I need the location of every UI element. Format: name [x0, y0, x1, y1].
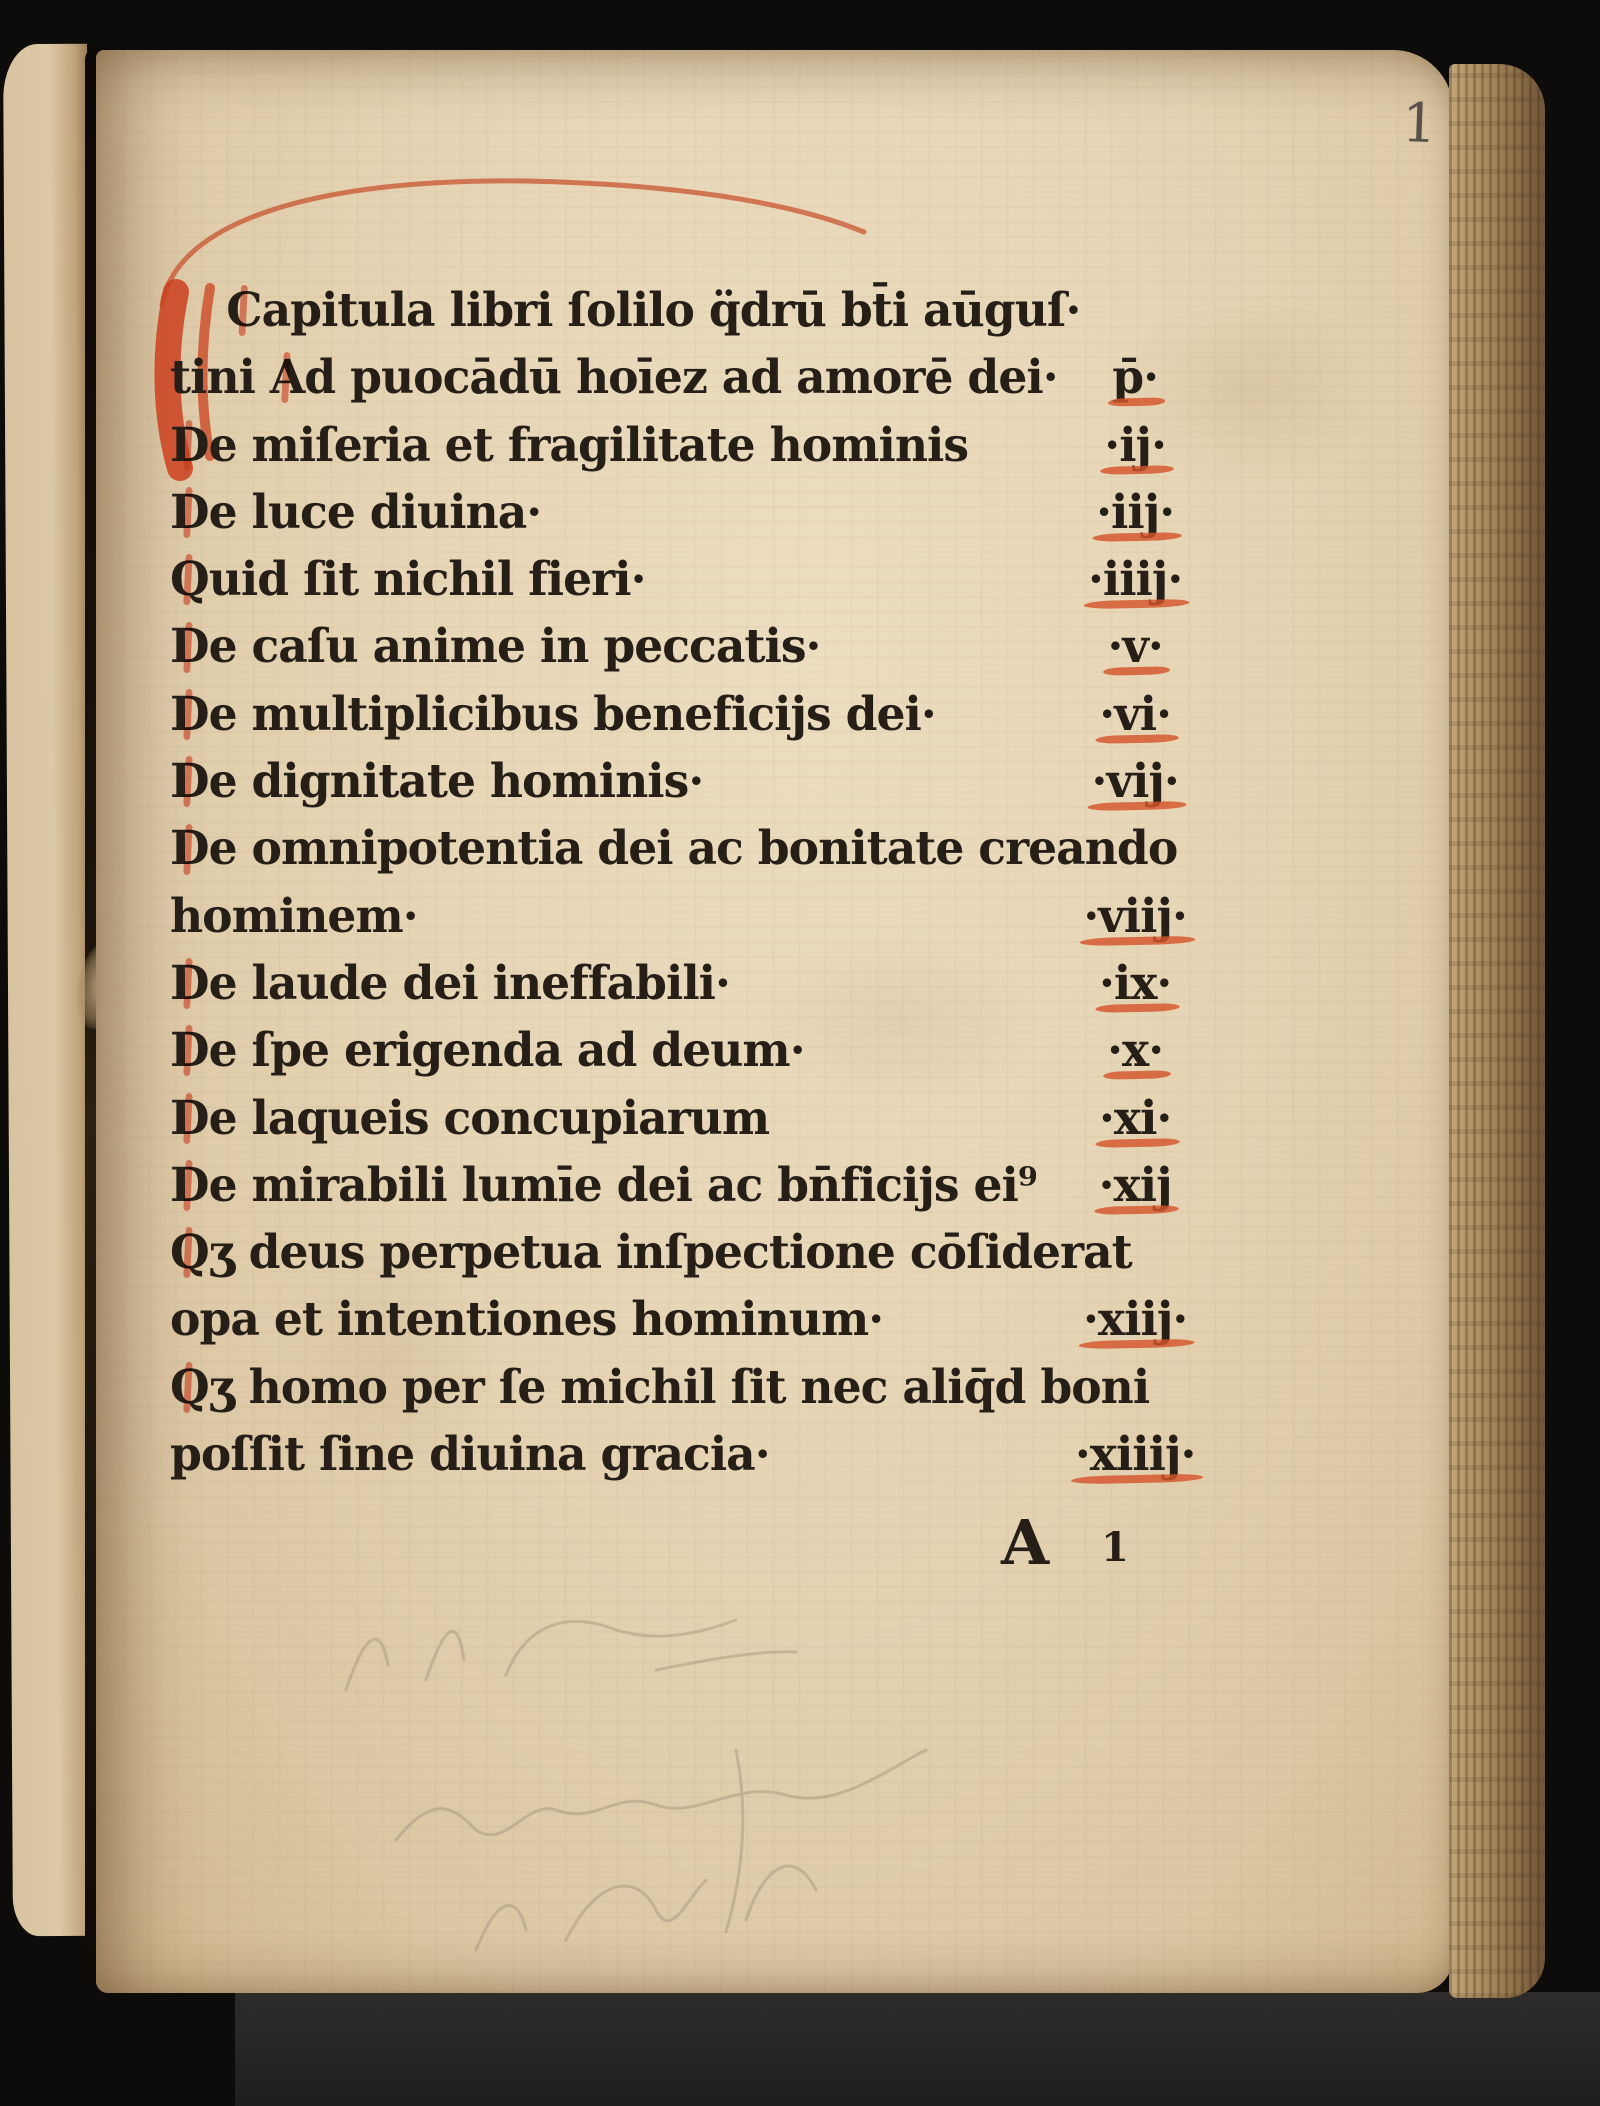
- toc-line: Qʒ homo per ſe michil ſit nec aliq̄d bon…: [170, 1360, 1373, 1427]
- chapter-title: Quid ſit nichil fieri·: [170, 552, 645, 607]
- fore-edge-pages: [1449, 64, 1545, 1998]
- chapter-number-column: ·vi·: [970, 687, 1300, 742]
- rubricated-initial: C: [226, 283, 261, 338]
- chapter-title: De laqueis concupiarum: [170, 1091, 769, 1146]
- toc-line: De ſpe erigenda ad deum· ·x·: [170, 1023, 1373, 1090]
- toc-line: De dignitate hominis· ·vij·: [170, 754, 1373, 821]
- rubricated-initial: D: [170, 1023, 209, 1078]
- chapter-title: De luce diuina·: [170, 485, 541, 540]
- toc-line: De miſeria et fragilitate hominis ·ij·: [170, 418, 1373, 485]
- toc-line: Quid ſit nichil fieri· ·iiij·: [170, 552, 1373, 619]
- rubricated-initial: Q: [170, 1360, 209, 1415]
- toc-line: Qʒ deus perpetua inſpectione cōſiderat: [170, 1225, 1373, 1292]
- chapter-title: De multiplicibus beneficijs dei·: [170, 687, 936, 742]
- chapter-number: ·vi·: [1099, 687, 1171, 742]
- chapter-number-column: [970, 821, 1300, 876]
- rubricated-initial: D: [170, 418, 209, 473]
- toc-line: De laqueis concupiarum ·xi·: [170, 1091, 1373, 1158]
- chapter-number-column: ·xi·: [970, 1091, 1300, 1146]
- chapter-title: De ſpe erigenda ad deum·: [170, 1023, 805, 1078]
- chapter-number-column: ·iij·: [970, 485, 1300, 540]
- rubricated-initial: D: [170, 1158, 209, 1213]
- chapter-title: Capitula libri ſolilo q̈drū bt̄i aūguſ·: [226, 283, 1080, 338]
- toc-line: hominem· ·viij·: [170, 889, 1373, 956]
- rubricated-initial: D: [170, 687, 209, 742]
- chapter-number: ·vij·: [1092, 754, 1179, 809]
- toc-line: De omnipotentia dei ac bonitate creando: [170, 821, 1373, 888]
- toc-line: De luce diuina· ·iij·: [170, 485, 1373, 552]
- rubricated-initial: D: [170, 754, 209, 809]
- chapter-title: hominem·: [170, 889, 418, 944]
- chapter-number: ·iiij·: [1088, 552, 1182, 607]
- toc-line: tini Ad puocādū hoīez ad amorē dei· p̄·: [170, 350, 1373, 417]
- chapter-title: opa et intentiones hominum·: [170, 1292, 883, 1347]
- chapter-number: ·ix·: [1099, 956, 1171, 1011]
- chapter-number: ·v·: [1107, 619, 1162, 674]
- rubricated-initial: D: [170, 821, 209, 876]
- chapter-number-column: ·viij·: [970, 889, 1300, 944]
- chapter-title: De miſeria et fragilitate hominis: [170, 418, 968, 473]
- rubricated-initial: A: [270, 350, 304, 405]
- toc-list: Capitula libri ſolilo q̈drū bt̄i aūguſ· …: [170, 283, 1373, 1494]
- rubricated-initial: D: [170, 619, 209, 674]
- chapter-number: ·xi·: [1099, 1091, 1171, 1146]
- chapter-number-column: [970, 1225, 1300, 1280]
- toc-line: De laude dei ineffabili· ·ix·: [170, 956, 1373, 1023]
- chapter-title: De mirabili lumīe dei ac bn̄ficijs ei⁹: [170, 1158, 1037, 1213]
- rubricated-initial: Q: [170, 1225, 209, 1280]
- chapter-number-column: ·ij·: [970, 418, 1300, 473]
- chapter-number-column: p̄·: [970, 350, 1300, 405]
- chapter-number-column: [970, 283, 1300, 338]
- chapter-number: p̄·: [1112, 350, 1158, 405]
- chapter-number-column: ·iiij·: [970, 552, 1300, 607]
- toc-line: poſſit ſine diuina gracia· ·xiiij·: [170, 1427, 1373, 1494]
- book-page: 1 Capitula libri ſolilo q̈drū bt̄i aūguſ…: [96, 50, 1453, 1993]
- rubricated-initial: D: [170, 485, 209, 540]
- chapter-number: ·xij: [1099, 1158, 1172, 1213]
- chapter-number: ·x·: [1107, 1023, 1163, 1078]
- chapter-title: De caſu anime in peccatis·: [170, 619, 820, 674]
- signature-letter: A: [1001, 1512, 1049, 1574]
- rubricated-initial: Q: [170, 552, 209, 607]
- chapter-title: poſſit ſine diuina gracia·: [170, 1427, 770, 1482]
- chapter-number: ·viij·: [1083, 889, 1187, 944]
- chapter-number: ·xiiij·: [1075, 1427, 1196, 1482]
- chapter-number-column: ·ix·: [970, 956, 1300, 1011]
- chapter-title: De laude dei ineffabili·: [170, 956, 730, 1011]
- chapter-number: ·xiij·: [1083, 1292, 1187, 1347]
- signature-numeral: 1: [1101, 1528, 1129, 1568]
- quire-signature: A 1: [1001, 1512, 1129, 1574]
- chapter-number-column: ·v·: [970, 619, 1300, 674]
- photo-background: 1 Capitula libri ſolilo q̈drū bt̄i aūguſ…: [0, 0, 1600, 2106]
- rubricated-initial: D: [170, 1091, 209, 1146]
- chapter-number-column: ·x·: [970, 1023, 1300, 1078]
- chapter-number-column: ·xiij·: [970, 1292, 1300, 1347]
- chapter-number-column: [970, 1360, 1300, 1415]
- toc-line: De multiplicibus beneficijs dei· ·vi·: [170, 687, 1373, 754]
- toc-line: De mirabili lumīe dei ac bn̄ficijs ei⁹ ·…: [170, 1158, 1373, 1225]
- toc-line: De caſu anime in peccatis· ·v·: [170, 619, 1373, 686]
- chapter-number-column: ·xij: [970, 1158, 1300, 1213]
- chapter-title: De dignitate hominis·: [170, 754, 703, 809]
- toc-line: Capitula libri ſolilo q̈drū bt̄i aūguſ·: [170, 283, 1373, 350]
- chapter-number-column: ·xiiij·: [970, 1427, 1300, 1482]
- chapter-number: ·ij·: [1104, 418, 1166, 473]
- fore-edge-texture: [1449, 64, 1545, 1998]
- chapter-number-column: ·vij·: [970, 754, 1300, 809]
- chapter-number: ·iij·: [1096, 485, 1174, 540]
- toc-line: opa et intentiones hominum· ·xiij·: [170, 1292, 1373, 1359]
- chapter-title: tini Ad puocādū hoīez ad amorē dei·: [170, 350, 1058, 405]
- table-cloth: [235, 1992, 1600, 2106]
- rubricated-initial: D: [170, 956, 209, 1011]
